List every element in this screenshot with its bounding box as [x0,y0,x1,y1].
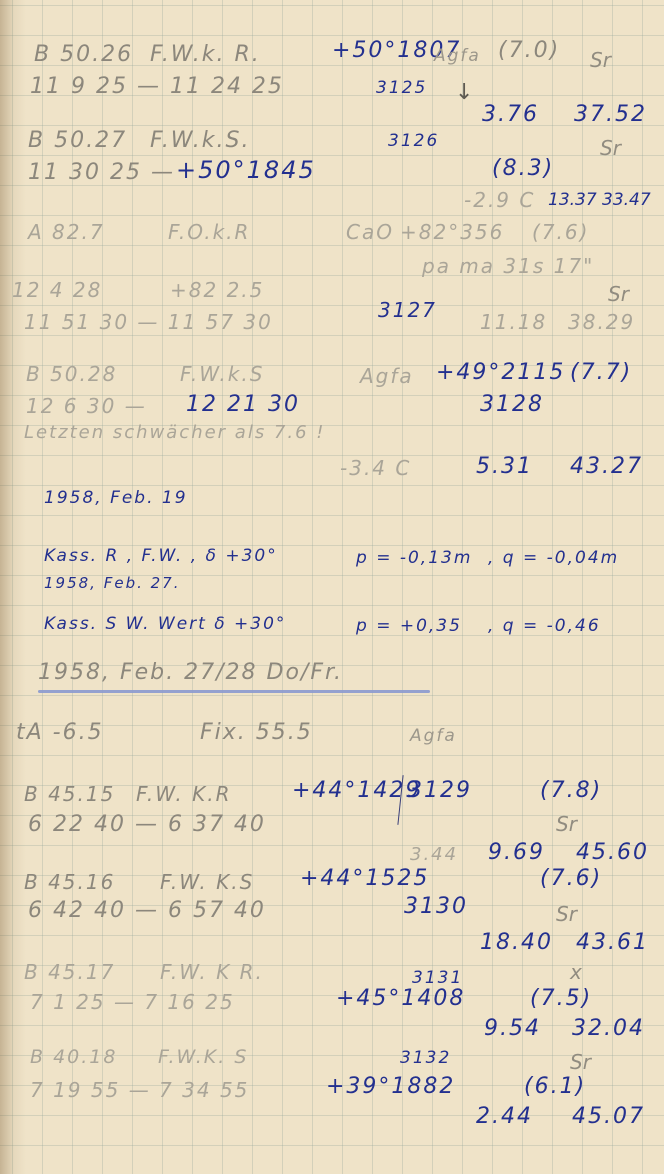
magnitude: (7.8) [540,780,602,802]
observer-initials: Sr [556,902,577,926]
magnitude: (8.3) [492,158,554,180]
cassette-s-q: , q = -0,46 [488,618,601,635]
remark: Letzten schwächer als 7.6 ! [24,424,326,442]
declination: +44°1525 [300,868,429,890]
result-b: 32.04 [572,1018,645,1040]
plate-id: A 82.7 [28,222,105,242]
exposure-time: 7 1 25 — 7 16 25 [30,992,235,1012]
result-c: 3.44 [410,846,458,864]
cassette-desc: F.W. K.R [136,784,232,804]
cassette-desc: F.W. K.S [160,872,254,892]
declination: +82°356 [400,222,504,242]
magnitude: (7.6) [532,222,589,242]
exposure-time: 12 4 28 [12,280,102,300]
plate-id: B 50.28 [26,364,117,384]
film-note: Agfa [434,48,481,65]
result-a: 9.54 [484,1018,541,1040]
date-heading-feb-19: 1958, Feb. 19 [44,490,188,507]
exposure-start: 12 6 30 — [26,396,147,416]
observer-initials: Sr [590,48,611,72]
date-heading-feb-27: 1958, Feb. 27. [44,576,180,591]
plate-number: 3130 [404,896,468,918]
observer-initials: Sr [556,812,577,836]
plate-id: B 45.16 [24,872,115,892]
exposure-time-2: 11 51 30 — 11 57 30 [24,312,273,332]
cassette-desc: F.W.K. S [158,1048,248,1067]
result-b: 37.52 [574,104,647,126]
declination: +39°1882 [326,1076,455,1098]
result-a: 9.69 [488,842,545,864]
cassette-r-q: , q = -0,04m [488,550,619,567]
notebook-page: B 50.26 F.W.k. R. +50°1807 Agfa (7.0) Sr… [0,0,664,1174]
cassette-s-label: Kass. S W. Wert δ +30° [44,616,286,633]
result-a: 13.37 [548,192,597,209]
magnitude: (7.0) [498,40,560,62]
declination: +45°1408 [336,988,465,1010]
result-b: 38.29 [568,312,635,332]
observer-initials: Sr [570,1050,591,1074]
cassette-desc: F.W. K R. [160,962,264,982]
result-a: 18.40 [480,932,553,954]
plate-number: 3125 [376,80,427,97]
magnitude: (6.1) [524,1076,586,1098]
magnitude: (7.6) [540,868,602,890]
cassette-r-label: Kass. R , F.W. , δ +30° [44,548,278,565]
result-b: 33.47 [602,192,651,209]
film-note: Agfa [360,366,414,386]
plate-number: 3126 [388,133,439,150]
check-mark-icon: x [570,960,582,984]
temperature: -3.4 C [340,458,411,478]
cassette-s-p: p = +0,35 [356,618,462,635]
declination: +50°1845 [176,158,316,182]
plate-id: B 45.17 [24,962,115,982]
exposure-time: 7 19 55 — 7 34 55 [30,1080,249,1100]
plate-number: 3129 [408,780,472,802]
position-angle-note: pa ma 31s 17" [422,256,594,276]
film-note: CaO [346,222,394,242]
cassette-desc: F.W.k.S. [150,130,250,152]
plate-id: B 45.15 [24,784,115,804]
film-type: Agfa [410,728,457,745]
exposure-time: 11 30 25 — [28,162,175,184]
plate-id: B 50.26 [34,44,133,66]
result-b: 45.07 [572,1106,645,1128]
plate-number: 3128 [480,394,544,416]
observer-initials: Sr [600,136,621,160]
exposure-end: 12 21 30 [186,394,300,416]
magnitude: (7.7) [570,362,632,384]
cassette-desc: F.W.k. R. [150,44,261,66]
result-a: 5.31 [476,456,533,478]
cassette-desc: F.O.k.R [168,222,250,242]
cassette-r-p: p = -0,13m [356,550,472,567]
exposure-time: 6 22 40 — 6 37 40 [28,814,266,836]
plate-number: 3127 [378,300,437,320]
plate-number: 3131 [412,970,463,987]
declination-correction: +82 2.5 [170,280,264,300]
ambient-temperature: tA -6.5 [16,722,104,744]
session-date-heading: 1958, Feb. 27/28 Do/Fr. [38,662,343,684]
result-b: 45.60 [576,842,649,864]
plate-id: B 40.18 [30,1048,117,1067]
observer-initials: Sr [608,282,629,306]
exposure-time: 6 42 40 — 6 57 40 [28,900,266,922]
heading-underline [38,690,430,693]
plate-number: 3132 [400,1050,451,1067]
cassette-desc: F.W.k.S [180,364,264,384]
down-arrow-icon: ↓ [455,80,473,105]
magnitude: (7.5) [530,988,592,1010]
exposure-time: 11 9 25 — 11 24 25 [30,76,284,98]
result-b: 43.27 [570,456,643,478]
result-a: 11.18 [480,312,547,332]
plate-id: B 50.27 [28,130,127,152]
temperature: -2.9 C [464,190,535,210]
result-a: 3.76 [482,104,539,126]
fixer-note: Fix. 55.5 [200,722,313,744]
declination: +49°2115 [436,362,565,384]
result-a: 2.44 [476,1106,533,1128]
result-b: 43.61 [576,932,649,954]
